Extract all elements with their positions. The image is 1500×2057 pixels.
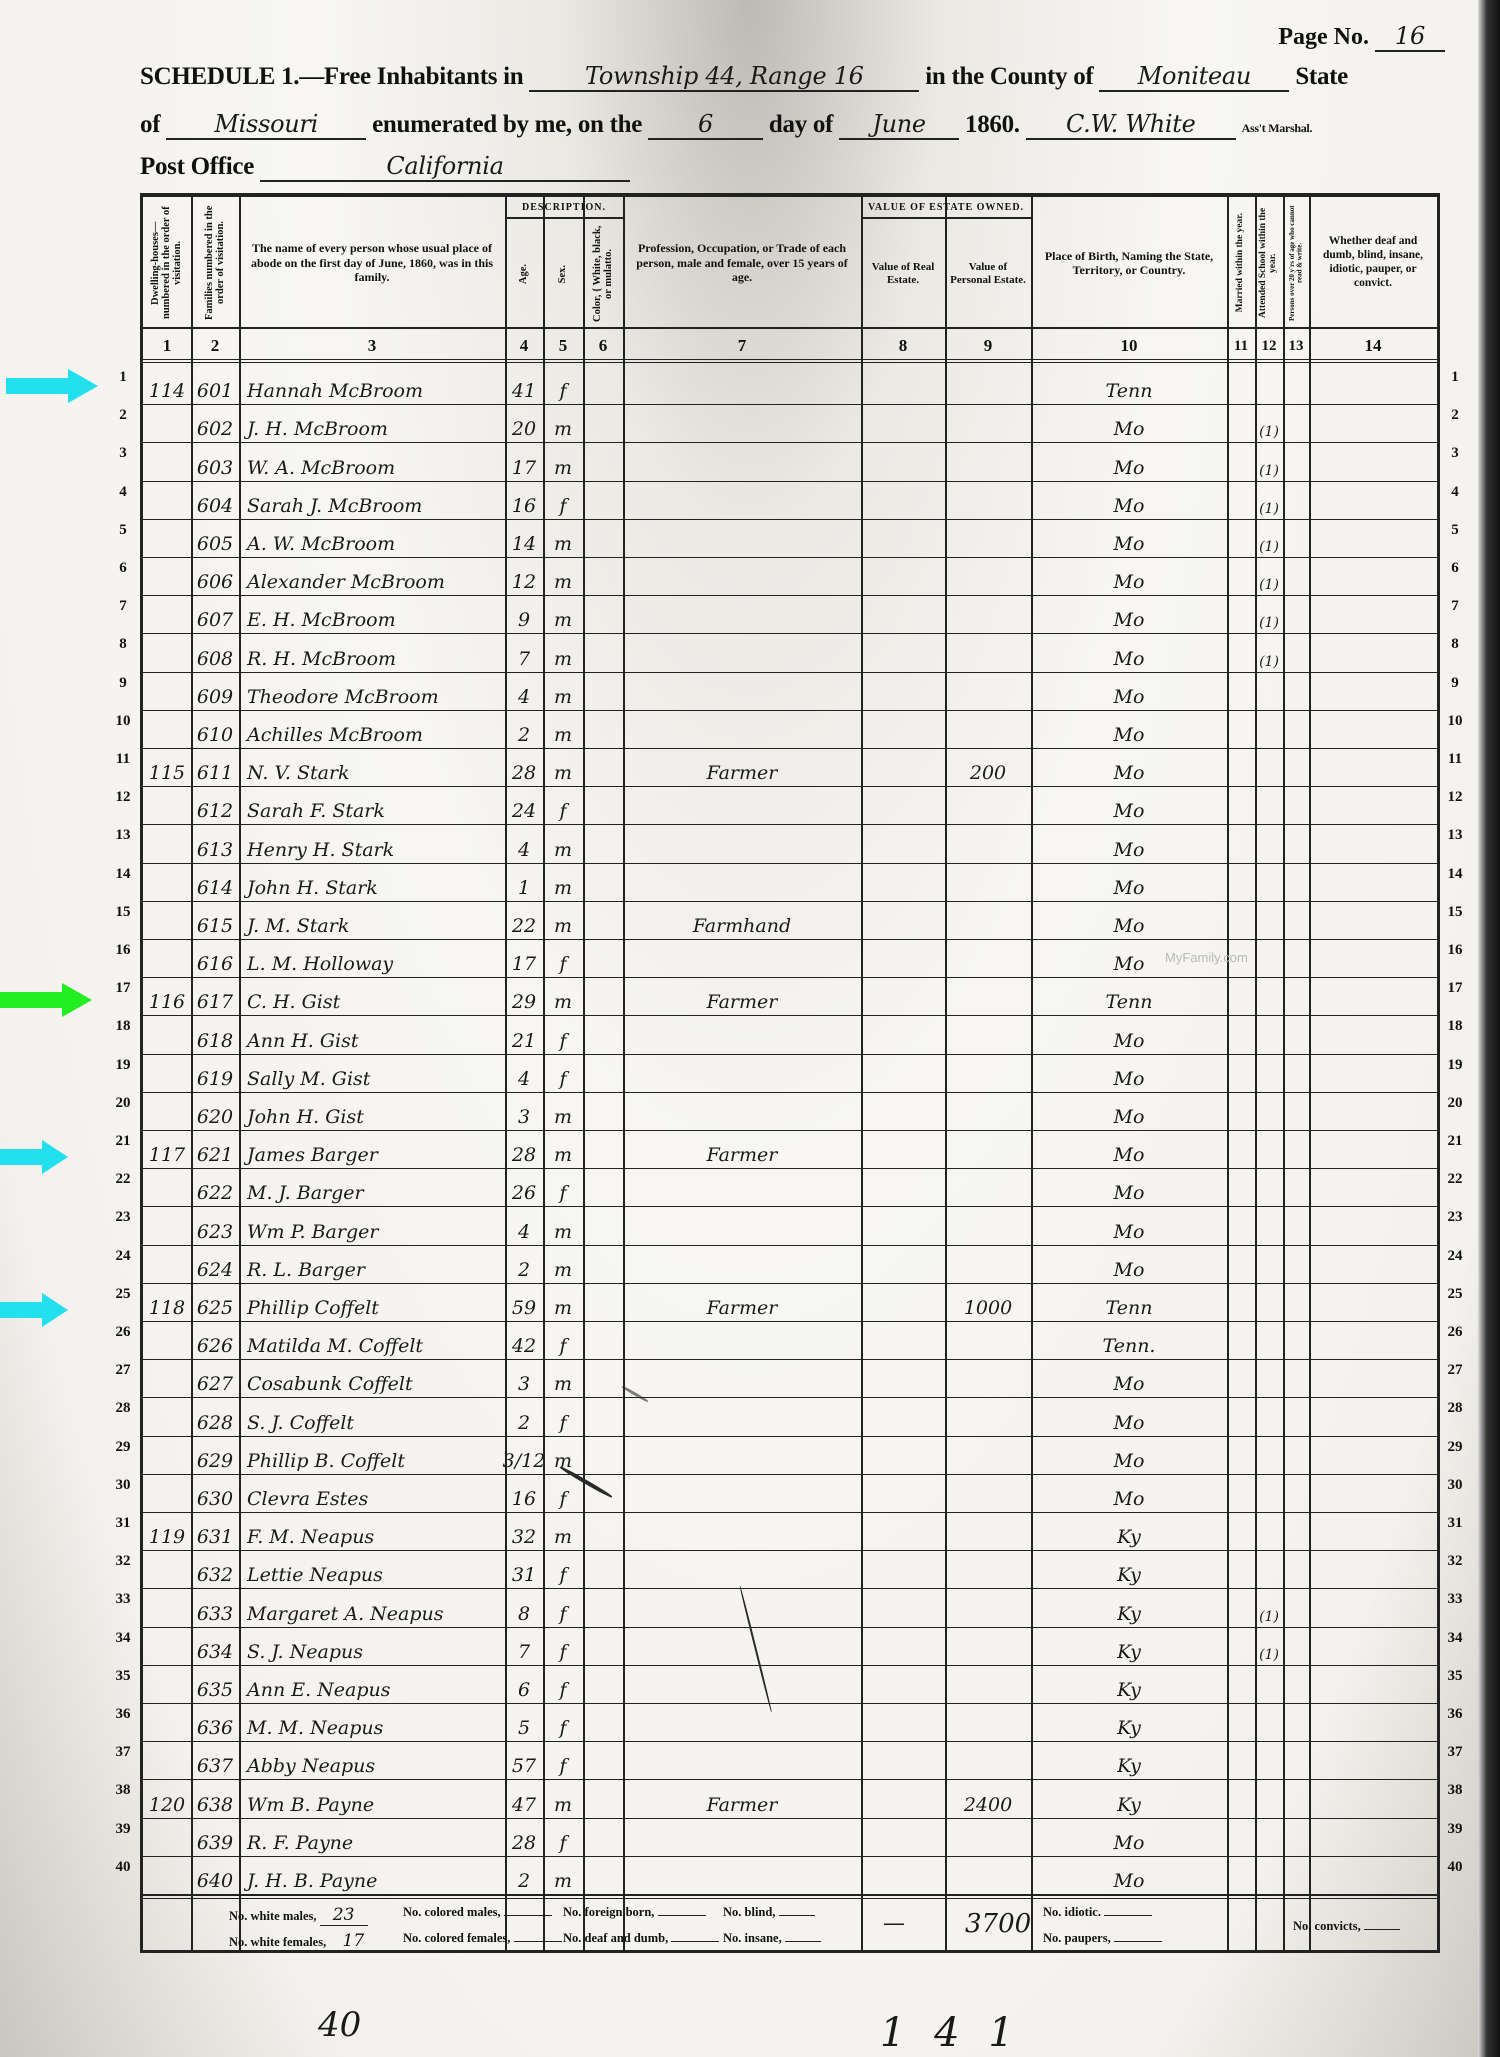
line-number-right: 18 xyxy=(1440,1018,1470,1035)
cell-name: Wm B. Payne xyxy=(239,1780,505,1817)
cell-family: 609 xyxy=(191,673,239,710)
cell-family: 606 xyxy=(191,558,239,595)
cell-family: 612 xyxy=(191,787,239,824)
line-number-left: 15 xyxy=(108,904,138,921)
cell-school xyxy=(1255,673,1283,710)
cell-real-estate xyxy=(861,1589,945,1626)
cell-birthplace: Mo xyxy=(1031,1819,1227,1856)
schedule-label: SCHEDULE 1.—Free Inhabitants in xyxy=(140,63,523,90)
cell-sex: m xyxy=(543,978,583,1015)
table-row: 610Achilles McBroom2mMo xyxy=(143,711,1437,749)
cell-age: 21 xyxy=(505,1016,543,1053)
cell-sex: f xyxy=(543,1704,583,1741)
cell-real-estate xyxy=(861,367,945,404)
cell-age: 16 xyxy=(505,482,543,519)
line-number-right: 2 xyxy=(1440,407,1470,424)
table-row: 607E. H. McBroom9mMo(1) xyxy=(143,596,1437,634)
cell-age: 4 xyxy=(505,1207,543,1244)
cell-birthplace: Mo xyxy=(1031,596,1227,633)
cell-illiterate xyxy=(1283,596,1309,633)
line-number-right: 7 xyxy=(1440,598,1470,615)
cell-color xyxy=(583,940,623,977)
cell-real-estate xyxy=(861,1551,945,1588)
cell-illiterate xyxy=(1283,634,1309,671)
cell-married xyxy=(1227,825,1255,862)
cell-married xyxy=(1227,1666,1255,1703)
cell-age: 14 xyxy=(505,520,543,557)
table-row: 602J. H. McBroom20mMo(1) xyxy=(143,405,1437,443)
cell-personal-estate xyxy=(945,558,1031,595)
cell-birthplace: Mo xyxy=(1031,1360,1227,1397)
cell-birthplace: Mo xyxy=(1031,405,1227,442)
cell-name: Sarah J. McBroom xyxy=(239,482,505,519)
line-number-right: 33 xyxy=(1440,1591,1470,1608)
table-row: 619Sally M. Gist4fMo xyxy=(143,1055,1437,1093)
col-header-age: Age. xyxy=(505,219,543,329)
cell-married xyxy=(1227,1169,1255,1206)
cell-birthplace: Mo xyxy=(1031,1475,1227,1512)
cell-sex: m xyxy=(543,1513,583,1550)
cell-family: 619 xyxy=(191,1055,239,1092)
cell-name: John H. Gist xyxy=(239,1093,505,1130)
cell-illiterate xyxy=(1283,1475,1309,1512)
cell-personal-estate xyxy=(945,1169,1031,1206)
line-number-left: 14 xyxy=(108,866,138,883)
cell-married xyxy=(1227,1093,1255,1130)
cell-birthplace: Ky xyxy=(1031,1780,1227,1817)
cell-real-estate xyxy=(861,864,945,901)
cell-personal-estate xyxy=(945,864,1031,901)
cell-family: 622 xyxy=(191,1169,239,1206)
cell-age: 31 xyxy=(505,1551,543,1588)
cell-illiterate xyxy=(1283,787,1309,824)
cell-family: 620 xyxy=(191,1093,239,1130)
cell-family: 631 xyxy=(191,1513,239,1550)
cell-sex: f xyxy=(543,1055,583,1092)
cell-married xyxy=(1227,1857,1255,1894)
cell-real-estate xyxy=(861,1207,945,1244)
cell-dwelling xyxy=(143,520,191,557)
cell-married xyxy=(1227,1628,1255,1665)
cell-occupation: Farmer xyxy=(623,749,861,786)
line-number-right: 22 xyxy=(1440,1171,1470,1188)
cell-occupation xyxy=(623,711,861,748)
cell-personal-estate xyxy=(945,1857,1031,1894)
cell-married xyxy=(1227,634,1255,671)
cell-real-estate xyxy=(861,1131,945,1168)
cell-sex: m xyxy=(543,405,583,442)
cell-sex: f xyxy=(543,1398,583,1435)
cell-illiterate xyxy=(1283,864,1309,901)
cell-dwelling xyxy=(143,443,191,480)
cell-name: Theodore McBroom xyxy=(239,673,505,710)
cell-occupation xyxy=(623,1360,861,1397)
cell-school xyxy=(1255,864,1283,901)
paupers-total: No. paupers, xyxy=(1043,1931,1162,1946)
cell-age: 4 xyxy=(505,673,543,710)
cell-dwelling xyxy=(143,405,191,442)
cell-birthplace: Ky xyxy=(1031,1666,1227,1703)
line-number-left: 17 xyxy=(108,980,138,997)
table-row: 628S. J. Coffelt2fMo xyxy=(143,1398,1437,1436)
cell-occupation xyxy=(623,634,861,671)
cell-occupation xyxy=(623,787,861,824)
cell-married xyxy=(1227,902,1255,939)
cell-family: 618 xyxy=(191,1016,239,1053)
cell-name: E. H. McBroom xyxy=(239,596,505,633)
cell-school xyxy=(1255,902,1283,939)
cell-illiterate xyxy=(1283,1704,1309,1741)
cell-illiterate xyxy=(1283,1093,1309,1130)
cell-personal-estate xyxy=(945,367,1031,404)
cell-married xyxy=(1227,1551,1255,1588)
cell-name: John H. Stark xyxy=(239,864,505,901)
col-header-personal-estate: Value of Personal Estate. xyxy=(945,219,1031,329)
cell-family: 627 xyxy=(191,1360,239,1397)
cell-school xyxy=(1255,1513,1283,1550)
table-row: 632Lettie Neapus31fKy xyxy=(143,1551,1437,1589)
table-row: 603W. A. McBroom17mMo(1) xyxy=(143,443,1437,481)
cell-real-estate xyxy=(861,1437,945,1474)
cell-illiterate xyxy=(1283,1016,1309,1053)
col-header-illiterate: Persons over 20 y'rs of age who cannot r… xyxy=(1283,197,1309,329)
line-number-left: 31 xyxy=(108,1515,138,1532)
cell-birthplace: Mo xyxy=(1031,443,1227,480)
idiotic-total: No. idiotic. xyxy=(1043,1905,1152,1920)
cell-birthplace: Mo xyxy=(1031,902,1227,939)
cell-name: J. M. Stark xyxy=(239,902,505,939)
cell-family: 601 xyxy=(191,367,239,404)
cell-age: 29 xyxy=(505,978,543,1015)
cell-family: 603 xyxy=(191,443,239,480)
cell-family: 615 xyxy=(191,902,239,939)
cell-color xyxy=(583,1666,623,1703)
cell-name: F. M. Neapus xyxy=(239,1513,505,1550)
cell-age: 16 xyxy=(505,1475,543,1512)
table-row: 115611N. V. Stark28mFarmer200Mo xyxy=(143,749,1437,787)
cell-school xyxy=(1255,1169,1283,1206)
line-number-left: 11 xyxy=(108,751,138,768)
cell-family: 608 xyxy=(191,634,239,671)
cell-personal-estate xyxy=(945,787,1031,824)
cell-birthplace: Mo xyxy=(1031,673,1227,710)
line-number-left: 16 xyxy=(108,942,138,959)
table-row: 612Sarah F. Stark24fMo xyxy=(143,787,1437,825)
cell-family: 640 xyxy=(191,1857,239,1894)
cell-dwelling xyxy=(143,673,191,710)
header-line-2: of Missouri enumerated by me, on the 6 d… xyxy=(140,110,1312,140)
cell-birthplace: Mo xyxy=(1031,864,1227,901)
col-num: 12 xyxy=(1255,329,1283,363)
cell-age: 12 xyxy=(505,558,543,595)
cell-color xyxy=(583,520,623,557)
cell-color xyxy=(583,1437,623,1474)
cell-real-estate xyxy=(861,1857,945,1894)
header-line-3: Post Office California xyxy=(140,152,630,182)
cell-occupation xyxy=(623,520,861,557)
cell-married xyxy=(1227,1284,1255,1321)
cell-real-estate xyxy=(861,1169,945,1206)
cell-occupation xyxy=(623,1628,861,1665)
cell-color xyxy=(583,1398,623,1435)
cell-color xyxy=(583,1628,623,1665)
col-header-sex: Sex. xyxy=(543,219,583,329)
line-number-right: 17 xyxy=(1440,980,1470,997)
cell-sex: m xyxy=(543,1246,583,1283)
cell-occupation xyxy=(623,405,861,442)
header-line-1: SCHEDULE 1.—Free Inhabitants in Township… xyxy=(140,62,1348,92)
cell-age: 2 xyxy=(505,711,543,748)
cell-illiterate xyxy=(1283,1551,1309,1588)
cell-color xyxy=(583,367,623,404)
table-row: 609Theodore McBroom4mMo xyxy=(143,673,1437,711)
cell-real-estate xyxy=(861,1398,945,1435)
cell-family: 626 xyxy=(191,1322,239,1359)
line-number-left: 38 xyxy=(108,1782,138,1799)
cell-illiterate xyxy=(1283,1398,1309,1435)
table-row: 117621James Barger28mFarmerMo xyxy=(143,1131,1437,1169)
cell-name: Sally M. Gist xyxy=(239,1055,505,1092)
cell-sex: f xyxy=(543,1169,583,1206)
cell-real-estate xyxy=(861,902,945,939)
cell-dwelling xyxy=(143,1207,191,1244)
line-number-left: 25 xyxy=(108,1286,138,1303)
cell-color xyxy=(583,1284,623,1321)
line-number-right: 16 xyxy=(1440,942,1470,959)
cell-dwelling xyxy=(143,1322,191,1359)
cell-school: (1) xyxy=(1255,1589,1283,1626)
cell-family: 621 xyxy=(191,1131,239,1168)
cell-name: Hannah McBroom xyxy=(239,367,505,404)
cell-dwelling: 120 xyxy=(143,1780,191,1817)
line-number-right: 36 xyxy=(1440,1706,1470,1723)
cell-age: 3/12 xyxy=(505,1437,543,1474)
cell-school xyxy=(1255,1131,1283,1168)
cell-married xyxy=(1227,558,1255,595)
col-num: 13 xyxy=(1283,329,1309,363)
cell-sex: m xyxy=(543,596,583,633)
cell-illiterate xyxy=(1283,367,1309,404)
arrow-shaft xyxy=(0,1149,42,1165)
cell-age: 2 xyxy=(505,1857,543,1894)
cell-illiterate xyxy=(1283,1360,1309,1397)
cell-birthplace: Tenn xyxy=(1031,978,1227,1015)
cell-sex: f xyxy=(543,482,583,519)
cell-birthplace: Mo xyxy=(1031,787,1227,824)
column-numbers: 1 2 3 4 5 6 7 8 9 10 11 12 13 14 xyxy=(143,329,1437,363)
cell-illiterate xyxy=(1283,1284,1309,1321)
cell-occupation xyxy=(623,1055,861,1092)
cell-personal-estate xyxy=(945,940,1031,977)
cell-sex: f xyxy=(543,1589,583,1626)
cell-dwelling xyxy=(143,864,191,901)
cell-illiterate xyxy=(1283,711,1309,748)
cell-personal-estate xyxy=(945,1398,1031,1435)
arrow-shaft xyxy=(0,992,62,1008)
line-number-left: 36 xyxy=(108,1706,138,1723)
cell-age: 7 xyxy=(505,634,543,671)
cell-occupation xyxy=(623,482,861,519)
line-number-left: 24 xyxy=(108,1248,138,1265)
page-number: Page No. 16 xyxy=(1278,22,1445,52)
line-number-right: 38 xyxy=(1440,1782,1470,1799)
convicts-total: No. convicts, xyxy=(1293,1919,1400,1934)
cell-school xyxy=(1255,1819,1283,1856)
cell-birthplace: Ky xyxy=(1031,1589,1227,1626)
cell-color xyxy=(583,1780,623,1817)
cell-occupation xyxy=(623,940,861,977)
col-header-family: Families numbered in the order of visita… xyxy=(191,197,239,329)
real-estate-total: — xyxy=(883,1911,905,1936)
cell-married xyxy=(1227,1780,1255,1817)
cell-school: (1) xyxy=(1255,558,1283,595)
col-header-disability: Whether deaf and dumb, blind, insane, id… xyxy=(1309,197,1437,329)
cell-personal-estate xyxy=(945,1819,1031,1856)
cell-occupation: Farmer xyxy=(623,1131,861,1168)
page-number-value: 16 xyxy=(1375,22,1445,52)
cell-dwelling xyxy=(143,1819,191,1856)
cell-color xyxy=(583,558,623,595)
cell-occupation xyxy=(623,673,861,710)
cell-school: (1) xyxy=(1255,482,1283,519)
cell-personal-estate xyxy=(945,1628,1031,1665)
cell-age: 28 xyxy=(505,749,543,786)
cell-school xyxy=(1255,749,1283,786)
line-number-right: 21 xyxy=(1440,1133,1470,1150)
col-num: 14 xyxy=(1309,329,1437,363)
line-number-left: 12 xyxy=(108,789,138,806)
cell-birthplace: Mo xyxy=(1031,749,1227,786)
marshal-field: C.W. White xyxy=(1026,110,1236,140)
marshal-label: Ass't Marshal. xyxy=(1242,121,1312,135)
cell-real-estate xyxy=(861,1016,945,1053)
cell-personal-estate xyxy=(945,405,1031,442)
col-num: 4 xyxy=(505,329,543,363)
cell-family: 625 xyxy=(191,1284,239,1321)
table-row: 118625Phillip Coffelt59mFarmer1000Tenn xyxy=(143,1284,1437,1322)
cell-name: Matilda M. Coffelt xyxy=(239,1322,505,1359)
cell-school xyxy=(1255,825,1283,862)
cell-age: 3 xyxy=(505,1093,543,1130)
line-number-right: 35 xyxy=(1440,1668,1470,1685)
cell-occupation xyxy=(623,1551,861,1588)
line-number-right: 27 xyxy=(1440,1362,1470,1379)
cell-name: Phillip Coffelt xyxy=(239,1284,505,1321)
month-field: June xyxy=(839,110,959,140)
cell-illiterate xyxy=(1283,940,1309,977)
cell-birthplace: Mo xyxy=(1031,1169,1227,1206)
cell-married xyxy=(1227,1055,1255,1092)
census-page: Page No. 16 SCHEDULE 1.—Free Inhabitants… xyxy=(0,0,1500,2057)
cell-illiterate xyxy=(1283,520,1309,557)
cell-family: 636 xyxy=(191,1704,239,1741)
cell-real-estate xyxy=(861,1475,945,1512)
cell-birthplace: Mo xyxy=(1031,1207,1227,1244)
line-number-left: 8 xyxy=(108,636,138,653)
line-number-left: 27 xyxy=(108,1362,138,1379)
line-number-right: 6 xyxy=(1440,560,1470,577)
line-number-right: 8 xyxy=(1440,636,1470,653)
cell-dwelling xyxy=(143,634,191,671)
cell-name: Alexander McBroom xyxy=(239,558,505,595)
cell-age: 2 xyxy=(505,1246,543,1283)
cell-dwelling xyxy=(143,596,191,633)
col-num: 11 xyxy=(1227,329,1255,363)
cell-school: (1) xyxy=(1255,634,1283,671)
cell-name: Margaret A. Neapus xyxy=(239,1589,505,1626)
cell-color xyxy=(583,1513,623,1550)
cell-color xyxy=(583,482,623,519)
cell-name: Wm P. Barger xyxy=(239,1207,505,1244)
cell-personal-estate xyxy=(945,1437,1031,1474)
cell-color xyxy=(583,1704,623,1741)
table-row: 637Abby Neapus57fKy xyxy=(143,1742,1437,1780)
line-number-left: 9 xyxy=(108,675,138,692)
cell-real-estate xyxy=(861,443,945,480)
cell-school: (1) xyxy=(1255,596,1283,633)
line-number-right: 25 xyxy=(1440,1286,1470,1303)
cell-age: 4 xyxy=(505,825,543,862)
cell-sex: m xyxy=(543,902,583,939)
cell-sex: m xyxy=(543,825,583,862)
line-number-left: 5 xyxy=(108,522,138,539)
line-number-right: 28 xyxy=(1440,1400,1470,1417)
arrow-icon xyxy=(42,1140,68,1174)
cell-personal-estate xyxy=(945,1207,1031,1244)
table-row: 613Henry H. Stark4mMo xyxy=(143,825,1437,863)
cell-sex: m xyxy=(543,749,583,786)
line-number-right: 12 xyxy=(1440,789,1470,806)
table-row: 635Ann E. Neapus6fKy xyxy=(143,1666,1437,1704)
cell-dwelling xyxy=(143,1055,191,1092)
table-row: 622M. J. Barger26fMo xyxy=(143,1169,1437,1207)
cell-illiterate xyxy=(1283,978,1309,1015)
cell-dwelling: 114 xyxy=(143,367,191,404)
cell-real-estate xyxy=(861,825,945,862)
cell-sex: f xyxy=(543,1628,583,1665)
cell-age: 20 xyxy=(505,405,543,442)
cell-occupation xyxy=(623,1704,861,1741)
cell-married xyxy=(1227,1437,1255,1474)
arrow-shaft xyxy=(6,378,68,394)
cell-sex: f xyxy=(543,1666,583,1703)
cell-personal-estate xyxy=(945,673,1031,710)
cell-personal-estate xyxy=(945,634,1031,671)
cell-real-estate xyxy=(861,749,945,786)
cell-family: 616 xyxy=(191,940,239,977)
cell-real-estate xyxy=(861,1360,945,1397)
line-number-right: 39 xyxy=(1440,1821,1470,1838)
cell-dwelling xyxy=(143,558,191,595)
cell-school xyxy=(1255,1742,1283,1779)
line-number-left: 6 xyxy=(108,560,138,577)
cell-personal-estate xyxy=(945,1475,1031,1512)
cell-illiterate xyxy=(1283,1780,1309,1817)
table-row: 623Wm P. Barger4mMo xyxy=(143,1207,1437,1245)
cell-sex: f xyxy=(543,1322,583,1359)
of-label: of xyxy=(140,111,160,138)
line-number-left: 26 xyxy=(108,1324,138,1341)
line-number-left: 18 xyxy=(108,1018,138,1035)
cell-color xyxy=(583,902,623,939)
cell-personal-estate xyxy=(945,711,1031,748)
cell-family: 632 xyxy=(191,1551,239,1588)
cell-sex: f xyxy=(543,1016,583,1053)
cell-sex: m xyxy=(543,558,583,595)
cell-illiterate xyxy=(1283,1589,1309,1626)
cell-color xyxy=(583,1322,623,1359)
cell-real-estate xyxy=(861,1704,945,1741)
